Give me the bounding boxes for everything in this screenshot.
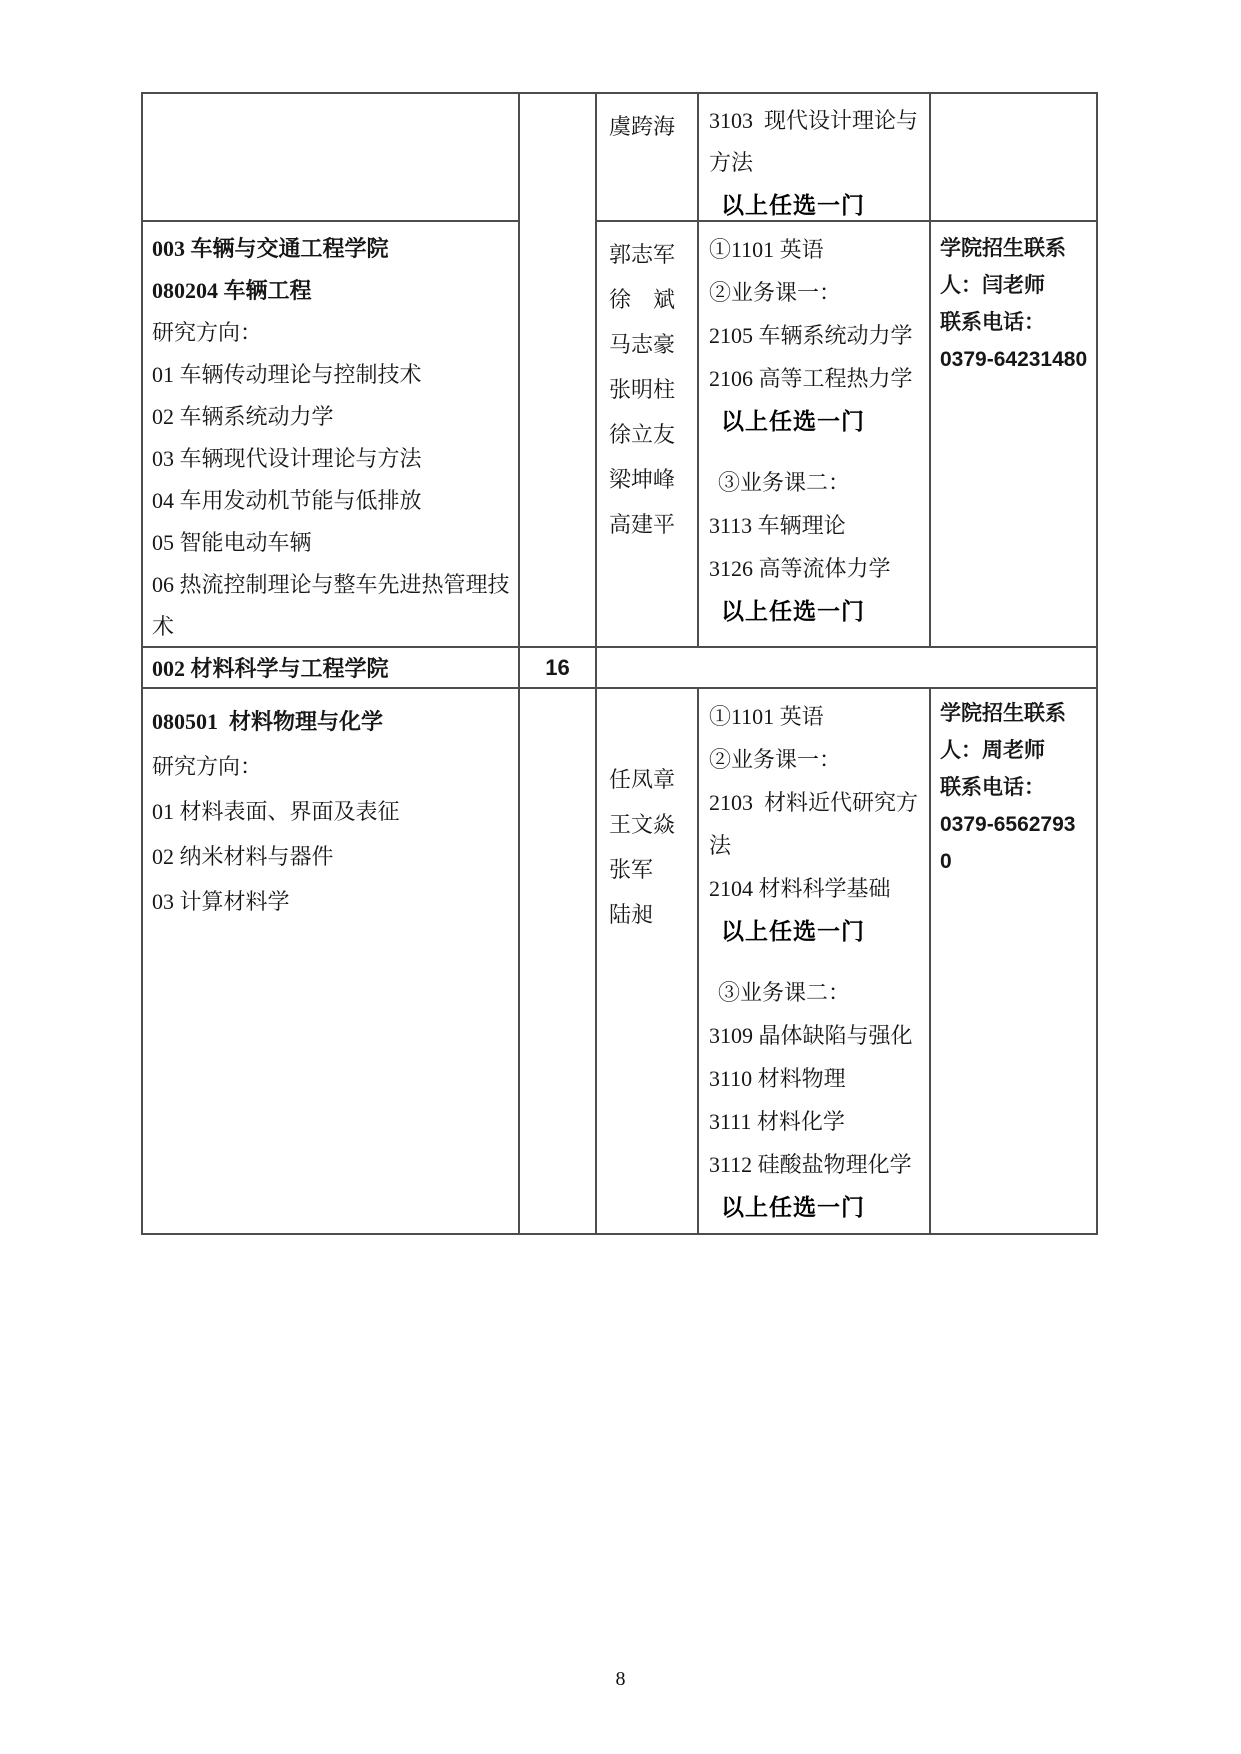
research-direction: 05 智能电动车辆	[152, 522, 518, 564]
choose-one-note: 以上任选一门	[709, 1186, 929, 1229]
spacer	[709, 443, 929, 461]
contact-phone: 0379-6562793	[940, 806, 1096, 843]
supervisor-name: 王文焱	[609, 802, 697, 847]
supervisor-name: 徐 斌	[609, 277, 697, 322]
supervisor-name: 高建平	[609, 502, 697, 547]
choose-one-note: 以上任选一门	[709, 184, 929, 222]
cell-002-merged-empty	[597, 648, 1096, 689]
exam-line: ②业务课一：	[709, 271, 929, 314]
cell-quota-002: 16	[520, 648, 597, 689]
supervisor-name: 张明柱	[609, 367, 697, 412]
exam-line: 2106 高等工程热力学	[709, 357, 929, 400]
contact-line: 人：周老师	[940, 732, 1096, 769]
research-directions-label: 研究方向：	[152, 744, 518, 789]
exam-line: 2105 车辆系统动力学	[709, 314, 929, 357]
cell-exam-subjects-003: ①1101 英语 ②业务课一： 2105 车辆系统动力学 2106 高等工程热力…	[699, 222, 931, 648]
contact-phone: 0379-64231480	[940, 341, 1096, 378]
cell-contact-080501: 学院招生联系 人：周老师 联系电话： 0379-6562793 0	[931, 689, 1096, 1233]
admissions-table: 虞跨海 3103 现代设计理论与 方法 以上任选一门 003 车辆与交通工程学院…	[141, 92, 1098, 1235]
exam-line: ①1101 英语	[709, 228, 929, 271]
subject-line: 3103 现代设计理论与	[709, 100, 929, 142]
cell-supervisors-003: 郭志军 徐 斌 马志豪 张明柱 徐立友 梁坤峰 高建平	[597, 222, 699, 648]
contact-phone-wrap: 0	[940, 843, 1096, 880]
cell-continuation-subjects: 3103 现代设计理论与 方法 以上任选一门	[699, 94, 931, 222]
cell-continuation-contact-empty	[931, 94, 1096, 222]
document-page: 虞跨海 3103 现代设计理论与 方法 以上任选一门 003 车辆与交通工程学院…	[0, 0, 1241, 1754]
supervisor-name: 任凤章	[609, 757, 697, 802]
choose-one-note: 以上任选一门	[709, 400, 929, 443]
major-title: 080501 材料物理与化学	[152, 699, 518, 744]
research-direction: 04 车用发动机节能与低排放	[152, 480, 518, 522]
exam-line: 3109 晶体缺陷与强化	[709, 1014, 929, 1057]
supervisor-name: 张军	[609, 847, 697, 892]
cell-continuation-program-empty	[143, 94, 520, 222]
exam-line: ①1101 英语	[709, 695, 929, 738]
college-title: 003 车辆与交通工程学院	[152, 228, 518, 270]
research-direction: 01 车辆传动理论与控制技术	[152, 354, 518, 396]
supervisor-name: 郭志军	[609, 232, 697, 277]
major-title: 080204 车辆工程	[152, 270, 518, 312]
choose-one-note: 以上任选一门	[709, 590, 929, 633]
supervisor-name: 马志豪	[609, 322, 697, 367]
exam-line: ③业务课二：	[709, 461, 929, 504]
cell-program-003: 003 车辆与交通工程学院 080204 车辆工程 研究方向： 01 车辆传动理…	[143, 222, 520, 648]
supervisor-name: 梁坤峰	[609, 457, 697, 502]
exam-line: 3111 材料化学	[709, 1100, 929, 1143]
contact-line: 联系电话：	[940, 304, 1096, 341]
choose-one-note: 以上任选一门	[709, 910, 929, 953]
quota-value: 16	[545, 655, 569, 681]
contact-line: 学院招生联系	[940, 230, 1096, 267]
research-direction-wrap: 术	[152, 606, 518, 648]
supervisor-name: 陆昶	[609, 892, 697, 937]
exam-line: 2103 材料近代研究方	[709, 781, 929, 824]
exam-line: ③业务课二：	[709, 971, 929, 1014]
exam-line: 3126 高等流体力学	[709, 547, 929, 590]
cell-contact-003: 学院招生联系 人：闫老师 联系电话： 0379-64231480	[931, 222, 1096, 648]
subject-line: 方法	[709, 142, 929, 184]
cell-college-002: 002 材料科学与工程学院	[143, 648, 520, 689]
research-direction: 02 车辆系统动力学	[152, 396, 518, 438]
supervisor-name: 徐立友	[609, 412, 697, 457]
contact-line: 联系电话：	[940, 769, 1096, 806]
research-direction: 06 热流控制理论与整车先进热管理技	[152, 564, 518, 606]
cell-quota-empty-tall	[520, 94, 597, 648]
research-directions-label: 研究方向：	[152, 312, 518, 354]
supervisor-name: 虞跨海	[609, 106, 697, 148]
exam-line: 3110 材料物理	[709, 1057, 929, 1100]
exam-line: 3113 车辆理论	[709, 504, 929, 547]
exam-line: 2104 材料科学基础	[709, 867, 929, 910]
exam-line: 3112 硅酸盐物理化学	[709, 1143, 929, 1186]
research-direction: 03 车辆现代设计理论与方法	[152, 438, 518, 480]
cell-continuation-supervisor: 虞跨海	[597, 94, 699, 222]
research-direction: 03 计算材料学	[152, 879, 518, 924]
college-title: 002 材料科学与工程学院	[152, 652, 389, 683]
contact-line: 人：闫老师	[940, 267, 1096, 304]
cell-program-080501: 080501 材料物理与化学 研究方向： 01 材料表面、界面及表征 02 纳米…	[143, 689, 520, 1233]
cell-supervisors-080501: 任凤章 王文焱 张军 陆昶	[597, 689, 699, 1233]
cell-exam-subjects-080501: ①1101 英语 ②业务课一： 2103 材料近代研究方 法 2104 材料科学…	[699, 689, 931, 1233]
page-number: 8	[0, 1668, 1241, 1691]
exam-line: ②业务课一：	[709, 738, 929, 781]
cell-quota-empty-080501	[520, 689, 597, 1233]
spacer	[709, 953, 929, 971]
research-direction: 02 纳米材料与器件	[152, 834, 518, 879]
contact-line: 学院招生联系	[940, 695, 1096, 732]
exam-line-wrap: 法	[709, 824, 929, 867]
research-direction: 01 材料表面、界面及表征	[152, 789, 518, 834]
